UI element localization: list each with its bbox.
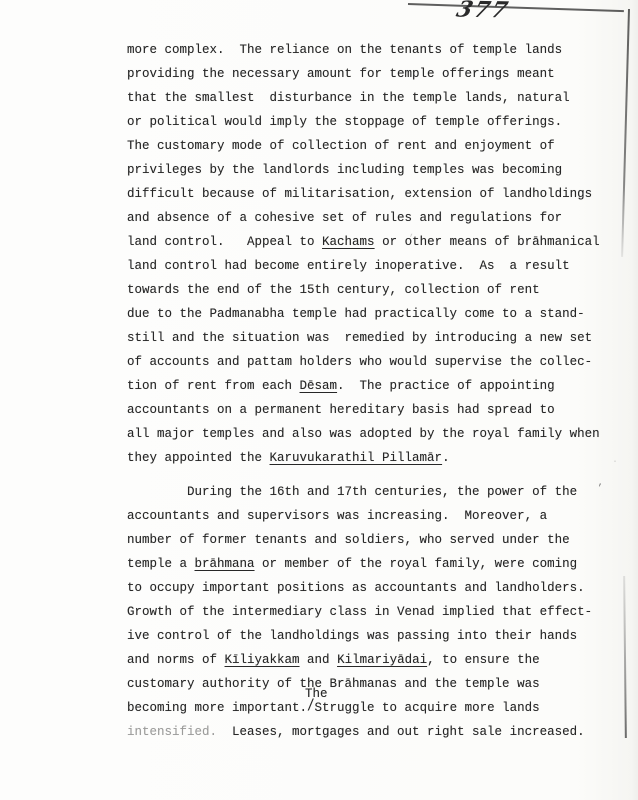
text-line: The customary mode of collection of rent… xyxy=(127,134,617,158)
text-segment: . xyxy=(442,451,450,465)
text-line: that the smallest disturbance in the tem… xyxy=(127,86,617,110)
text-line: tion of rent from each Dēsam. The practi… xyxy=(127,374,617,398)
text-line: ive control of the landholdings was pass… xyxy=(127,624,617,648)
underlined-term: Kachams xyxy=(322,235,375,249)
text-line: customary authority of the Brāhmanas and… xyxy=(127,672,617,696)
text-segment: difficult because of militarisation, ext… xyxy=(127,187,592,201)
text-segment: towards the end of the 15th century, col… xyxy=(127,283,540,297)
faded-word: intensified. xyxy=(127,725,217,739)
scanned-page: 377 more complex. The reliance on the te… xyxy=(0,0,638,800)
underlined-term: Karuvukarathil Pillamār xyxy=(270,451,443,465)
text-segment: and norms of xyxy=(127,653,225,667)
text-segment: privileges by the landlords including te… xyxy=(127,163,562,177)
text-line: towards the end of the 15th century, col… xyxy=(127,278,617,302)
underlined-term: Kīliyakkam xyxy=(225,653,300,667)
text-line: of accounts and pattam holders who would… xyxy=(127,350,617,374)
text-line: more complex. The reliance on the tenant… xyxy=(127,38,617,62)
text-line: or political would imply the stoppage of… xyxy=(127,110,617,134)
text-line: privileges by the landlords including te… xyxy=(127,158,617,182)
text-segment: or political would imply the stoppage of… xyxy=(127,115,562,129)
text-segment: customary authority of the Brāhmanas and… xyxy=(127,677,540,691)
text-segment: providing the necessary amount for templ… xyxy=(127,67,555,81)
scan-edge-right-line-upper xyxy=(621,9,630,257)
text-segment: more complex. The reliance on the tenant… xyxy=(127,43,562,57)
text-segment: Struggle to acquire more lands xyxy=(315,701,540,715)
paragraph: more complex. The reliance on the tenant… xyxy=(127,38,617,470)
underlined-term: brāhmana xyxy=(195,557,255,571)
text-segment: becoming more important. xyxy=(127,701,307,715)
document-text: more complex. The reliance on the tenant… xyxy=(127,38,617,744)
text-line: During the 16th and 17th centuries, the … xyxy=(127,480,617,504)
text-line: intensified. Leases, mortgages and out r… xyxy=(127,720,617,744)
text-segment: they appointed the xyxy=(127,451,270,465)
paragraph: During the 16th and 17th centuries, the … xyxy=(127,480,617,744)
text-segment: . The practice of appointing xyxy=(337,379,555,393)
text-line: still and the situation was remedied by … xyxy=(127,326,617,350)
underlined-term: Dēsam xyxy=(300,379,338,393)
text-line: Growth of the intermediary class in Vena… xyxy=(127,600,617,624)
page-number: 377 xyxy=(454,0,513,23)
text-segment: all major temples and also was adopted b… xyxy=(127,427,600,441)
text-segment: and absence of a cohesive set of rules a… xyxy=(127,211,562,225)
text-line: and absence of a cohesive set of rules a… xyxy=(127,206,617,230)
text-segment: and xyxy=(300,653,338,667)
text-line: providing the necessary amount for templ… xyxy=(127,62,617,86)
text-segment: ive control of the landholdings was pass… xyxy=(127,629,577,643)
text-segment: accountants on a permanent hereditary ba… xyxy=(127,403,555,417)
text-segment: accountants and supervisors was increasi… xyxy=(127,509,547,523)
text-line: to occupy important positions as account… xyxy=(127,576,617,600)
text-segment: The customary mode of collection of rent… xyxy=(127,139,555,153)
text-segment: land control had become entirely inopera… xyxy=(127,259,570,273)
text-line: land control. Appeal to Kachams or other… xyxy=(127,230,617,254)
text-line: difficult because of militarisation, ext… xyxy=(127,182,617,206)
text-segment: , to ensure the xyxy=(427,653,540,667)
scan-speck: . xyxy=(612,455,618,466)
text-segment: Leases, mortgages and out right sale inc… xyxy=(217,725,585,739)
text-line: land control had become entirely inopera… xyxy=(127,254,617,278)
text-line: they appointed the Karuvukarathil Pillam… xyxy=(127,446,617,470)
scan-speck: , xyxy=(409,228,415,239)
text-segment: tion of rent from each xyxy=(127,379,300,393)
text-segment: number of former tenants and soldiers, w… xyxy=(127,533,570,547)
scan-speck: ’ xyxy=(597,484,603,495)
text-segment: still and the situation was remedied by … xyxy=(127,331,592,345)
text-line: becoming more important.The/Struggle to … xyxy=(127,696,617,720)
text-segment: During the 16th and 17th centuries, the … xyxy=(127,485,577,499)
text-line: all major temples and also was adopted b… xyxy=(127,422,617,446)
text-line: temple a brāhmana or member of the royal… xyxy=(127,552,617,576)
text-segment: due to the Padmanabha temple had practic… xyxy=(127,307,585,321)
text-line: number of former tenants and soldiers, w… xyxy=(127,528,617,552)
text-segment: of accounts and pattam holders who would… xyxy=(127,355,592,369)
text-segment: that the smallest disturbance in the tem… xyxy=(127,91,570,105)
scan-edge-top-line xyxy=(408,3,624,12)
text-segment: land control. Appeal to xyxy=(127,235,322,249)
text-line: due to the Padmanabha temple had practic… xyxy=(127,302,617,326)
text-line: accountants and supervisors was increasi… xyxy=(127,504,617,528)
underlined-term: Kilmariyādai xyxy=(337,653,427,667)
scan-edge-right-line-lower xyxy=(623,576,627,738)
text-segment: to occupy important positions as account… xyxy=(127,581,585,595)
text-segment: Growth of the intermediary class in Vena… xyxy=(127,605,592,619)
insertion-caret: / xyxy=(307,690,315,722)
text-segment: or member of the royal family, were comi… xyxy=(255,557,578,571)
text-segment: temple a xyxy=(127,557,195,571)
text-line: and norms of Kīliyakkam and Kilmariyādai… xyxy=(127,648,617,672)
typed-insertion: The/ xyxy=(307,696,315,720)
text-line: accountants on a permanent hereditary ba… xyxy=(127,398,617,422)
